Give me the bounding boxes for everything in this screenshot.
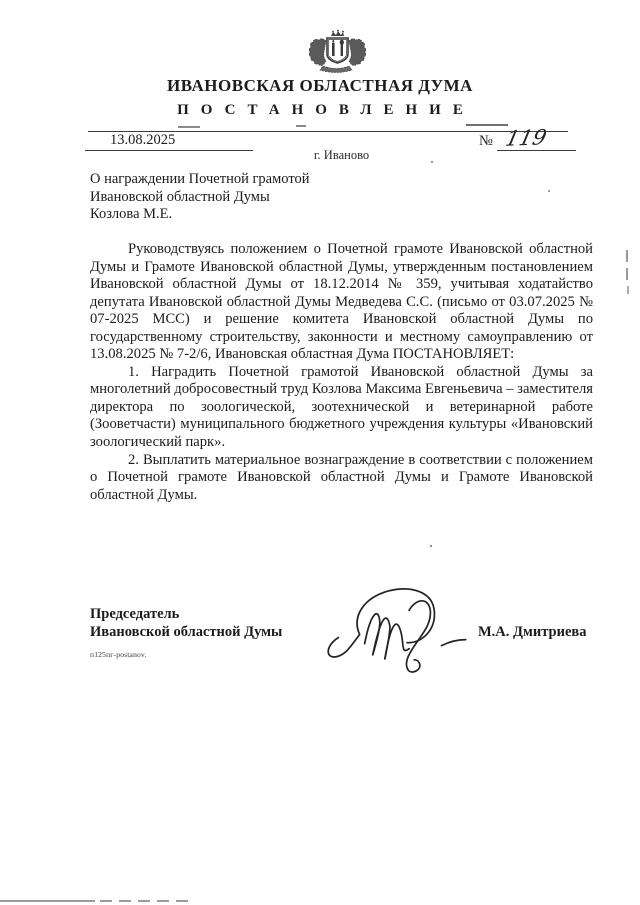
- signer-position-line: Ивановской областной Думы: [90, 624, 282, 642]
- scan-artifact: [626, 268, 628, 280]
- organization-name: ИВАНОВСКАЯ ОБЛАСТНАЯ ДУМА: [0, 76, 640, 96]
- body-text: Руководствуясь положением о Почетной гра…: [90, 241, 593, 504]
- signer-position-line: Председатель: [90, 606, 282, 624]
- signature-icon: [320, 582, 472, 678]
- coat-of-arms-icon: [301, 29, 371, 75]
- signer-position: Председатель Ивановской областной Думы: [90, 606, 282, 641]
- subject-line: Ивановской областной Думы: [90, 189, 310, 207]
- scan-speck: [431, 161, 433, 163]
- scan-artifact: [178, 126, 200, 128]
- scan-artifact: [296, 125, 306, 127]
- scan-artifact: [626, 250, 628, 262]
- document-date: 13.08.2025: [110, 132, 175, 149]
- signer-name: М.А. Дмитриева: [478, 624, 586, 641]
- document-page: ИВАНОВСКАЯ ОБЛАСТНАЯ ДУМА ПОСТАНОВЛЕНИЕ …: [0, 0, 640, 905]
- subject-line: Козлова М.Е.: [90, 206, 310, 224]
- scan-speck: [430, 545, 432, 547]
- document-type-title: ПОСТАНОВЛЕНИЕ: [0, 102, 640, 119]
- file-reference-footnote: п125пг-postanov.: [90, 650, 147, 659]
- city-label: г. Иваново: [90, 148, 593, 163]
- scan-speck: [548, 190, 550, 192]
- scan-artifact: [627, 286, 629, 294]
- subject-line: О награждении Почетной грамотой: [90, 171, 310, 189]
- document-number-handwritten: 119: [503, 125, 549, 150]
- resolution-item-2: 2. Выплатить материальное вознаграждение…: [90, 452, 593, 505]
- scan-artifact: [466, 124, 508, 126]
- resolution-item-1: 1. Наградить Почетной грамотой Ивановско…: [90, 364, 593, 452]
- scan-artifact: [100, 900, 190, 902]
- preamble-paragraph: Руководствуясь положением о Почетной гра…: [90, 241, 593, 364]
- subject-block: О награждении Почетной грамотой Ивановск…: [90, 171, 310, 224]
- scan-speck: [97, 175, 99, 177]
- scan-artifact: [0, 900, 95, 902]
